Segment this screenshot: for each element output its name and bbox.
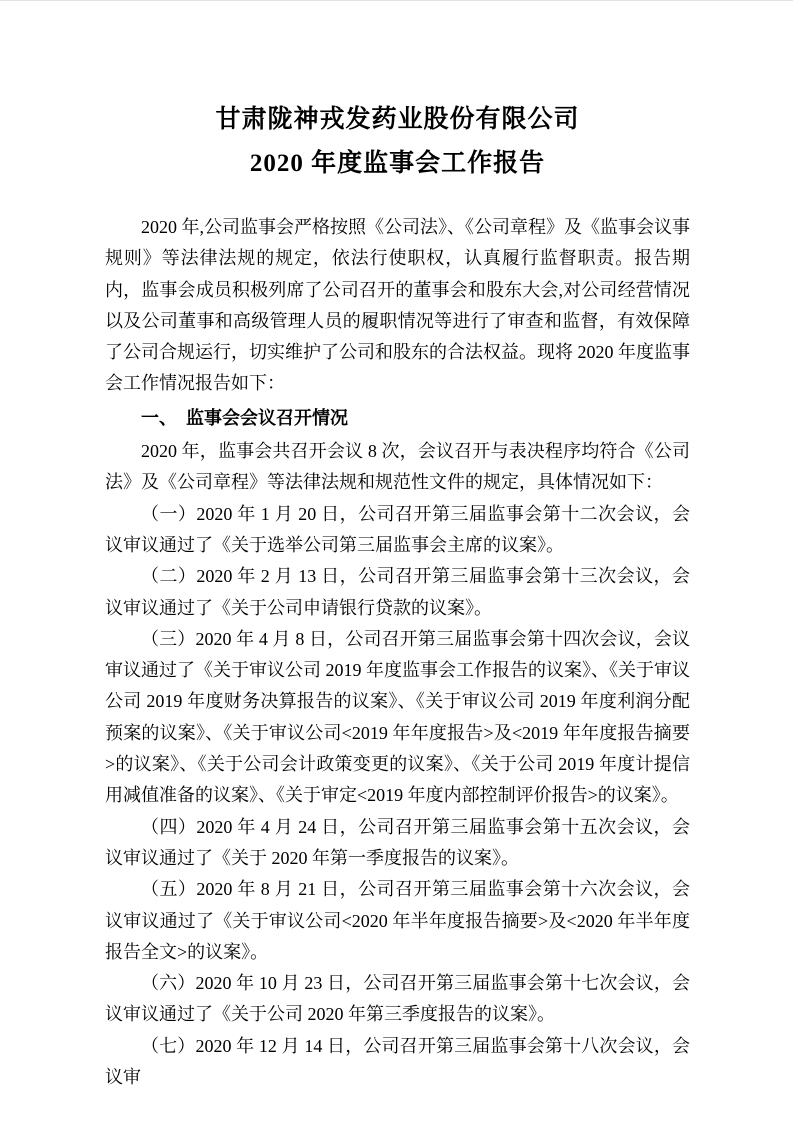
meeting-item-7: （七）2020 年 12 月 14 日，公司召开第三届监事会第十八次会议，会议审 bbox=[105, 1031, 690, 1094]
document-content: 甘肃陇神戎发药业股份有限公司 2020 年度监事会工作报告 2020 年,公司监… bbox=[105, 1, 690, 1093]
report-title: 2020 年度监事会工作报告 bbox=[105, 142, 690, 186]
intro-paragraph: 2020 年,公司监事会严格按照《公司法》、《公司章程》及《监事会议事规则》等法… bbox=[105, 212, 690, 400]
document-page: 甘肃陇神戎发药业股份有限公司 2020 年度监事会工作报告 2020 年,公司监… bbox=[0, 0, 793, 1122]
meeting-item-1: （一）2020 年 1 月 20 日，公司召开第三届监事会第十二次会议，会议审议… bbox=[105, 499, 690, 562]
meeting-item-3: （三）2020 年 4 月 8 日，公司召开第三届监事会第十四次会议，会议审议通… bbox=[105, 624, 690, 812]
meeting-item-4: （四）2020 年 4 月 24 日，公司召开第三届监事会第十五次会议，会议审议… bbox=[105, 812, 690, 875]
meeting-item-2: （二）2020 年 2 月 13 日，公司召开第三届监事会第十三次会议，会议审议… bbox=[105, 561, 690, 624]
report-body: 2020 年,公司监事会严格按照《公司法》、《公司章程》及《监事会议事规则》等法… bbox=[105, 212, 690, 1093]
meeting-item-5: （五）2020 年 8 月 21 日，公司召开第三届监事会第十六次会议，会议审议… bbox=[105, 874, 690, 968]
company-name-title: 甘肃陇神戎发药业股份有限公司 bbox=[105, 1, 690, 142]
meeting-item-6: （六）2020 年 10 月 23 日，公司召开第三届监事会第十七次会议，会议审… bbox=[105, 968, 690, 1031]
section-1-heading: 一、 监事会会议召开情况 bbox=[105, 403, 690, 434]
section-1-lead: 2020 年，监事会共召开会议 8 次，会议召开与表决程序均符合《公司法》及《公… bbox=[105, 436, 690, 499]
